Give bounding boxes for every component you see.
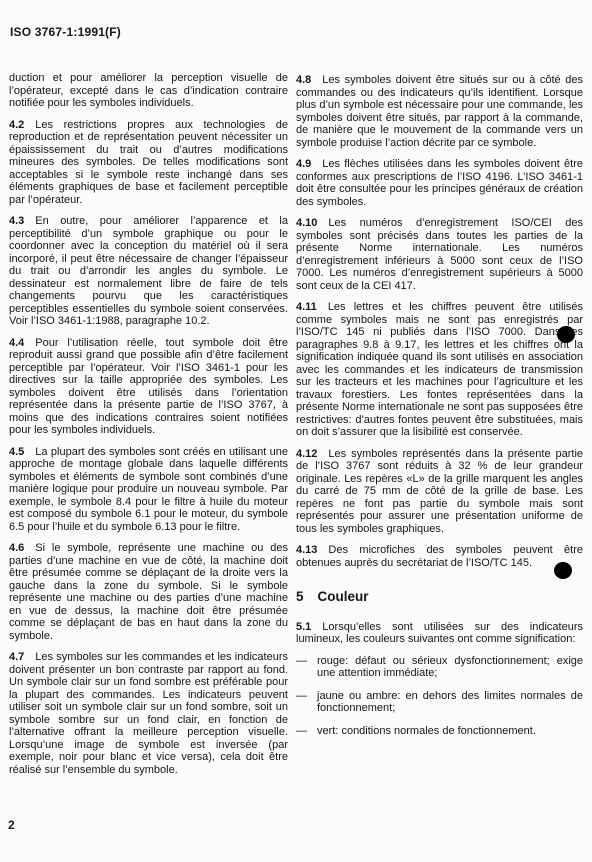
section-number: 5 xyxy=(296,589,318,604)
paragraph-number: 4.3 xyxy=(9,215,35,227)
paragraph-number: 4.10 xyxy=(296,217,328,229)
paragraph-number: 4.12 xyxy=(296,448,328,460)
bullet-item-vert: —vert: conditions normales de fonctionne… xyxy=(296,725,583,738)
paragraph-4-6: 4.6Si le symbole, représente une machine… xyxy=(9,542,288,642)
paragraph-text: Les symboles sur les commandes et les in… xyxy=(9,651,288,776)
paragraph-text: duction et pour améliorer la perception … xyxy=(9,72,288,109)
paragraph-text: Les symboles doivent être situés sur ou … xyxy=(296,74,583,149)
paragraph-5-1: 5.1Lorsqu’elles sont utilisées sur des i… xyxy=(296,621,583,646)
paragraph-4-4: 4.4Pour l’utilisation réelle, tout symbo… xyxy=(9,337,288,437)
paragraph-number: 4.7 xyxy=(9,651,35,663)
dash-icon: — xyxy=(296,725,317,738)
dash-icon: — xyxy=(296,690,317,715)
paragraph-text: Les numéros d’enregistrement ISO/CEI des… xyxy=(296,217,583,292)
paragraph-number: 4.13 xyxy=(296,544,328,556)
right-column: 4.8Les symboles doivent être situés sur … xyxy=(296,74,583,747)
bullet-text: vert: conditions normales de fonctionnem… xyxy=(317,725,583,738)
paragraph-4-12: 4.12Les symboles représentés dans la pré… xyxy=(296,448,583,536)
left-column: duction et pour améliorer la perception … xyxy=(9,72,288,785)
paragraph-text: Les restrictions propres aux technologie… xyxy=(9,119,288,206)
paragraph-continuation: duction et pour améliorer la perception … xyxy=(9,72,288,110)
paragraph-number: 4.8 xyxy=(296,74,322,86)
paragraph-number: 4.11 xyxy=(296,301,328,313)
paragraph-number: 4.6 xyxy=(9,542,35,554)
bullet-text: rouge: défaut ou sérieux dysfonctionneme… xyxy=(317,655,583,680)
paragraph-number: 4.9 xyxy=(296,158,322,170)
paragraph-number: 5.1 xyxy=(296,621,322,633)
paragraph-text: Des microfiches des symboles peuvent êtr… xyxy=(296,544,583,569)
paragraph-number: 4.4 xyxy=(9,337,35,349)
section-heading-couleur: 5Couleur xyxy=(296,591,583,604)
paragraph-text: La plupart des symboles sont créés en ut… xyxy=(9,446,288,533)
paragraph-4-9: 4.9Les flèches utilisées dans les symbol… xyxy=(296,158,583,208)
page-header: ISO 3767-1:1991(F) xyxy=(10,25,121,39)
dash-icon: — xyxy=(296,655,317,680)
paragraph-4-5: 4.5La plupart des symboles sont créés en… xyxy=(9,446,288,534)
section-title: Couleur xyxy=(318,589,369,604)
paragraph-4-8: 4.8Les symboles doivent être situés sur … xyxy=(296,74,583,149)
paragraph-4-11: 4.11Les lettres et les chiffres peuvent … xyxy=(296,301,583,439)
paragraph-4-13: 4.13Des microfiches des symboles peuvent… xyxy=(296,544,583,569)
bullet-item-jaune: —jaune ou ambre: en dehors des limites n… xyxy=(296,690,583,715)
paragraph-text: Les flèches utilisées dans les symboles … xyxy=(296,158,583,208)
page-number: 2 xyxy=(8,818,15,832)
registration-dot xyxy=(554,562,572,579)
paragraph-4-7: 4.7Les symboles sur les commandes et les… xyxy=(9,651,288,776)
paragraph-number: 4.5 xyxy=(9,446,35,458)
registration-dot xyxy=(557,326,575,343)
paragraph-text: Lorsqu’elles sont utilisées sur des indi… xyxy=(296,621,583,646)
paragraph-number: 4.2 xyxy=(9,119,35,131)
paragraph-4-2: 4.2Les restrictions propres aux technolo… xyxy=(9,119,288,207)
paragraph-text: En outre, pour améliorer l’apparence et … xyxy=(9,215,288,327)
paragraph-text: Pour l’utilisation réelle, tout symbole … xyxy=(9,337,288,437)
paragraph-text: Les symboles représentés dans la présent… xyxy=(296,448,583,535)
paragraph-4-3: 4.3En outre, pour améliorer l’apparence … xyxy=(9,215,288,328)
bullet-item-rouge: —rouge: défaut ou sérieux dysfonctionnem… xyxy=(296,655,583,680)
paragraph-4-10: 4.10Les numéros d’enregistrement ISO/CEI… xyxy=(296,217,583,292)
paragraph-text: Les lettres et les chiffres peuvent être… xyxy=(296,301,583,438)
document-page: ISO 3767-1:1991(F) duction et pour améli… xyxy=(0,0,592,862)
paragraph-text: Si le symbole, représente une machine ou… xyxy=(9,542,288,642)
bullet-text: jaune ou ambre: en dehors des limites no… xyxy=(317,690,583,715)
